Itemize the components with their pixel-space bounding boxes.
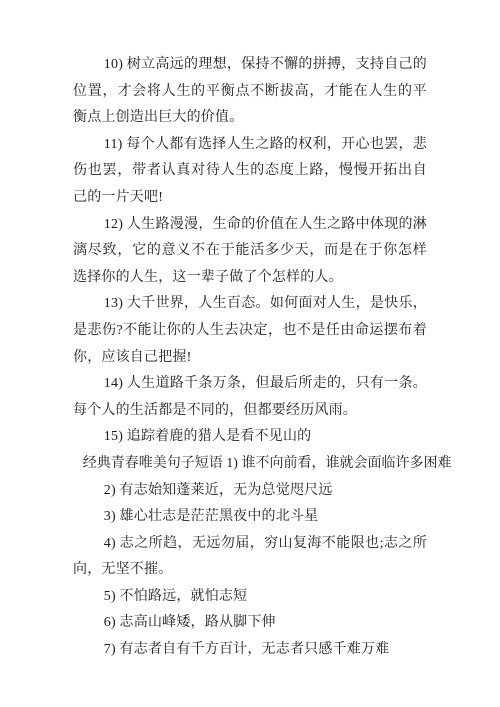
paragraph-item-11: 11) 每个人都有选择人生之路的权利，开心也罢，悲伤也罢，带者认真对待人生的态度… [73, 132, 427, 212]
section-header-item-1: 经典青春唯美句子短语 1) 谁不向前看，谁就会面临许多困难 [73, 451, 427, 478]
document-page: 10) 树立高远的理想，保持不懈的拼搏，支持自己的位置，才会将人生的平衡点不断拔… [0, 0, 500, 707]
paragraph-item-4: 4) 志之所趋，无远勿届，穷山复海不能限也;志之所向，无坚不摧。 [73, 531, 427, 584]
paragraph-item-15: 15) 追踪着鹿的猎人是看不见山的 [73, 424, 427, 451]
paragraph-item-7: 7) 有志者自有千方百计，无志者只感千难万难 [73, 637, 427, 664]
paragraph-item-3: 3) 雄心壮志是茫茫黑夜中的北斗星 [73, 504, 427, 531]
paragraph-item-10: 10) 树立高远的理想，保持不懈的拼搏，支持自己的位置，才会将人生的平衡点不断拔… [73, 52, 427, 132]
paragraph-item-6: 6) 志高山峰矮，路从脚下伸 [73, 610, 427, 637]
paragraph-item-12: 12) 人生路漫漫，生命的价值在人生之路中体现的淋漓尽致，它的意义不在于能活多少… [73, 212, 427, 292]
paragraph-item-14: 14) 人生道路千条万条，但最后所走的，只有一条。每个人的生活都是不同的，但都要… [73, 371, 427, 424]
document-body: 10) 树立高远的理想，保持不懈的拼搏，支持自己的位置，才会将人生的平衡点不断拔… [73, 52, 427, 664]
paragraph-item-5: 5) 不怕路远，就怕志短 [73, 584, 427, 611]
paragraph-item-13: 13) 大千世界，人生百态。如何面对人生，是快乐，是悲伤?不能让你的人生去决定，… [73, 291, 427, 371]
paragraph-item-2: 2) 有志始知蓬莱近，无为总觉咫尺远 [73, 478, 427, 505]
